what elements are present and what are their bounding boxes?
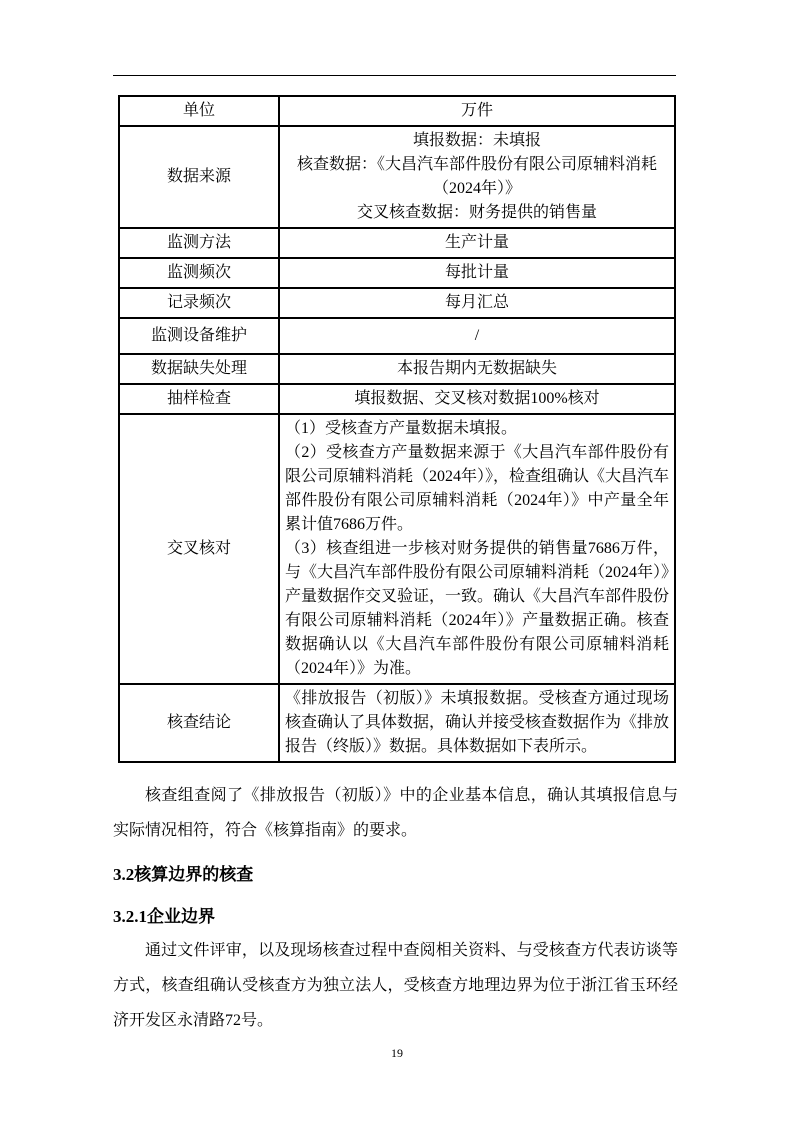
data-source-line-verified: 核查数据：《大昌汽车部件股份有限公司原辅料消耗（2024年）》: [285, 153, 669, 201]
row-label-sampling-check: 抽样检查: [119, 384, 279, 414]
row-label-equipment-maintenance: 监测设备维护: [119, 318, 279, 354]
cross-check-item-3: （3）核查组进一步核对财务提供的销售量7686万件，与《大昌汽车部件股份有限公司…: [285, 537, 669, 681]
row-value-cross-check: （1）受核查方产量数据未填报。 （2）受核查方产量数据来源于《大昌汽车部件股份有…: [279, 414, 675, 684]
body-content: 核查组查阅了《排放报告（初版）》中的企业基本信息，确认其填报信息与实际情况相符，…: [113, 774, 678, 1038]
cross-check-item-1: （1）受核查方产量数据未填报。: [285, 417, 669, 441]
row-value-record-frequency: 每月汇总: [279, 288, 675, 318]
row-label-missing-data: 数据缺失处理: [119, 354, 279, 384]
row-label-unit: 单位: [119, 96, 279, 126]
page-header-rule: [113, 75, 676, 76]
row-label-record-frequency: 记录频次: [119, 288, 279, 318]
section-heading-3-2: 3.2核算边界的核查: [113, 863, 678, 887]
row-label-cross-check: 交叉核对: [119, 414, 279, 684]
table-row-unit: 单位 万件: [119, 96, 675, 126]
row-value-unit: 万件: [279, 96, 675, 126]
row-value-data-source: 填报数据：未填报 核查数据：《大昌汽车部件股份有限公司原辅料消耗（2024年）》…: [279, 126, 675, 228]
row-value-conclusion: 《排放报告（初版）》未填报数据。受核查方通过现场核查确认了具体数据，确认并接受核…: [279, 684, 675, 762]
table-row-conclusion: 核查结论 《排放报告（初版）》未填报数据。受核查方通过现场核查确认了具体数据，确…: [119, 684, 675, 762]
table-row-missing-data: 数据缺失处理 本报告期内无数据缺失: [119, 354, 675, 384]
table-row-cross-check: 交叉核对 （1）受核查方产量数据未填报。 （2）受核查方产量数据来源于《大昌汽车…: [119, 414, 675, 684]
table-row-monitoring-frequency: 监测频次 每批计量: [119, 258, 675, 288]
table-row-monitoring-method: 监测方法 生产计量: [119, 228, 675, 258]
section-heading-3-2-1: 3.2.1企业边界: [113, 905, 678, 929]
paragraph-enterprise-boundary: 通过文件评审，以及现场核查过程中查阅相关资料、与受核查方代表访谈等方式，核查组确…: [113, 933, 678, 1038]
paragraph-basic-info: 核查组查阅了《排放报告（初版）》中的企业基本信息，确认其填报信息与实际情况相符，…: [113, 778, 678, 848]
row-value-sampling-check: 填报数据、交叉核对数据100%核对: [279, 384, 675, 414]
table-row-sampling-check: 抽样检查 填报数据、交叉核对数据100%核对: [119, 384, 675, 414]
page-number: 19: [0, 1046, 794, 1061]
data-monitoring-table: 单位 万件 数据来源 填报数据：未填报 核查数据：《大昌汽车部件股份有限公司原辅…: [118, 95, 676, 763]
cross-check-item-2: （2）受核查方产量数据来源于《大昌汽车部件股份有限公司原辅料消耗（2024年）》…: [285, 441, 669, 537]
data-source-line-crosscheck: 交叉核查数据：财务提供的销售量: [285, 201, 669, 225]
row-label-monitoring-method: 监测方法: [119, 228, 279, 258]
row-value-missing-data: 本报告期内无数据缺失: [279, 354, 675, 384]
conclusion-text: 《排放报告（初版）》未填报数据。受核查方通过现场核查确认了具体数据，确认并接受核…: [285, 687, 669, 759]
row-label-conclusion: 核查结论: [119, 684, 279, 762]
row-label-data-source: 数据来源: [119, 126, 279, 228]
table-row-data-source: 数据来源 填报数据：未填报 核查数据：《大昌汽车部件股份有限公司原辅料消耗（20…: [119, 126, 675, 228]
row-value-monitoring-method: 生产计量: [279, 228, 675, 258]
data-source-line-reported: 填报数据：未填报: [285, 129, 669, 153]
table-row-equipment-maintenance: 监测设备维护 /: [119, 318, 675, 354]
table-row-record-frequency: 记录频次 每月汇总: [119, 288, 675, 318]
row-value-monitoring-frequency: 每批计量: [279, 258, 675, 288]
row-label-monitoring-frequency: 监测频次: [119, 258, 279, 288]
row-value-equipment-maintenance: /: [279, 318, 675, 354]
document-page: 单位 万件 数据来源 填报数据：未填报 核查数据：《大昌汽车部件股份有限公司原辅…: [0, 0, 794, 1123]
